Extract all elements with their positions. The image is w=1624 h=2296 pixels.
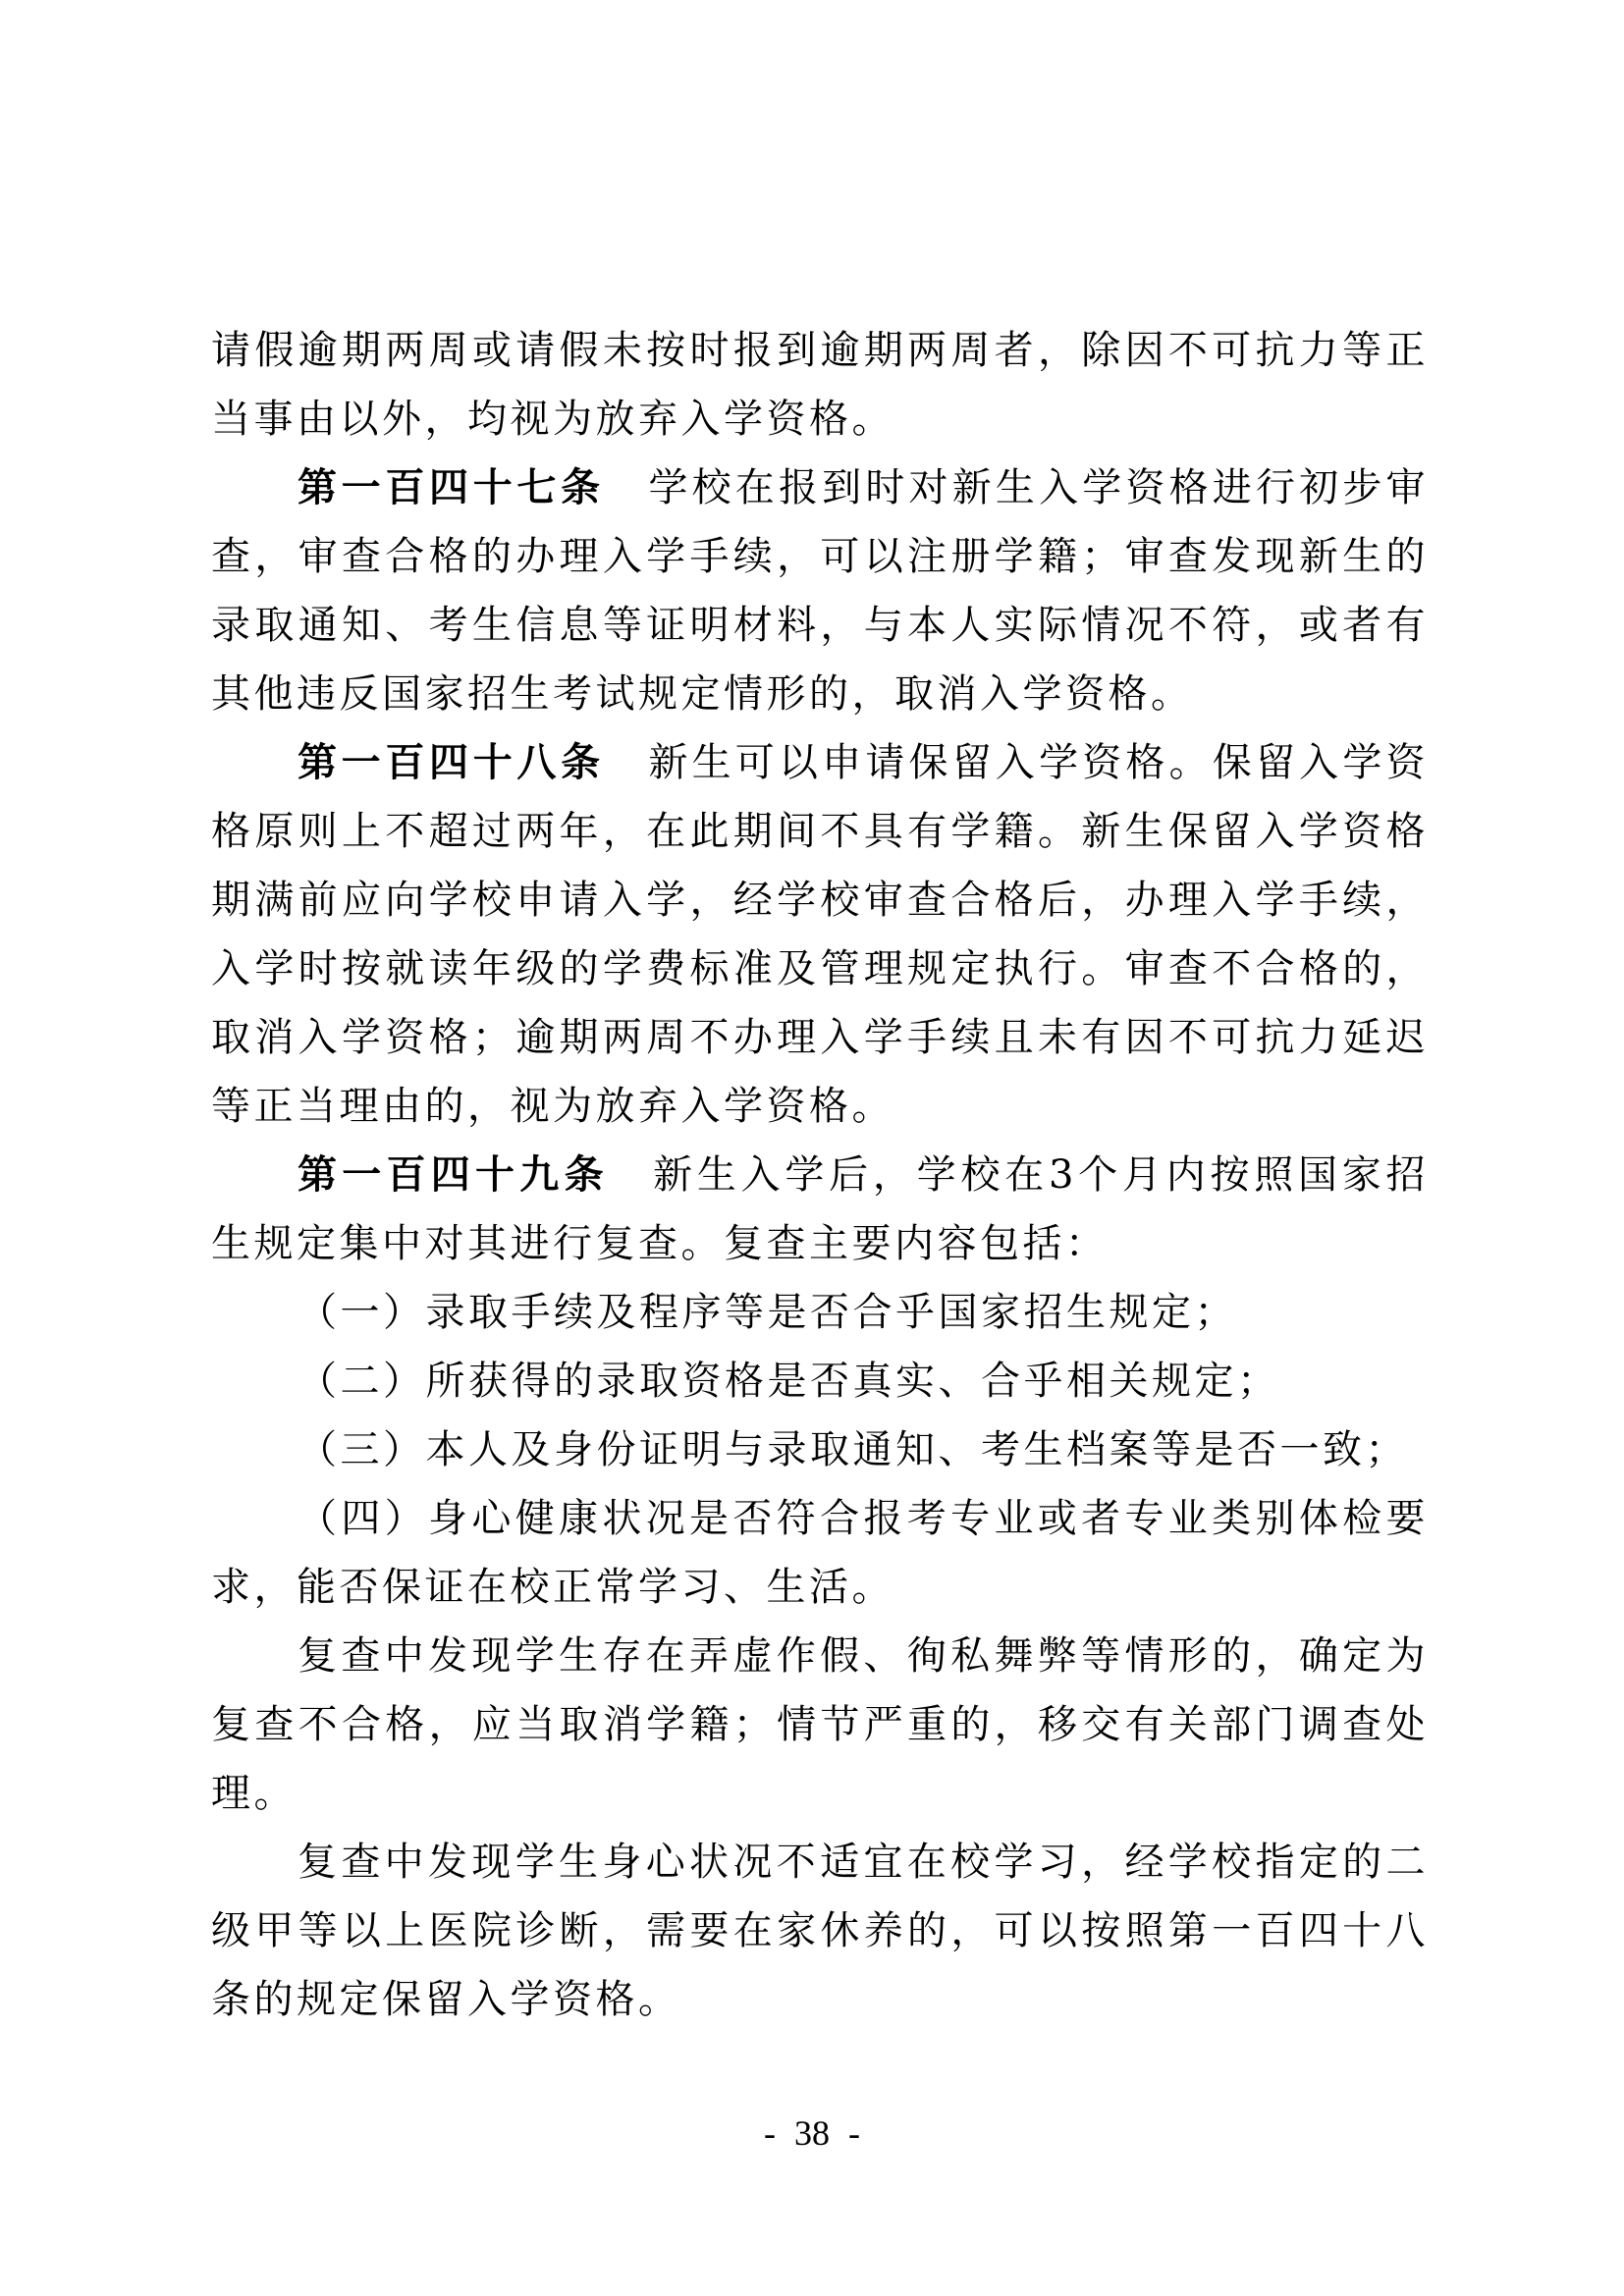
body-paragraph-fraud: 复查中发现学生存在弄虚作假、徇私舞弊等情形的，确定为复查不合格，应当取消学籍；情… (211, 1622, 1429, 1828)
article-149: 第一百四十九条新生入学后，学校在3个月内按照国家招生规定集中对其进行复查。复查主… (211, 1141, 1429, 1278)
list-item-4: （四）身心健康状况是否符合报考专业或者专业类别体检要求，能否保证在校正常学习、生… (211, 1484, 1429, 1622)
article-147: 第一百四十七条学校在报到时对新生入学资格进行初步审查，审查合格的办理入学手续，可… (211, 454, 1429, 728)
list-item-2: （二）所获得的录取资格是否真实、合乎相关规定； (211, 1347, 1429, 1415)
article-number: 第一百四十七条 (298, 465, 605, 510)
paragraph-continuation: 请假逾期两周或请假未按时报到逾期两周者，除因不可抗力等正当事由以外，均视为放弃入… (211, 316, 1429, 454)
page-number: - 38 - (0, 2112, 1624, 2154)
article-number: 第一百四十八条 (298, 740, 605, 785)
document-page-body: 请假逾期两周或请假未按时报到逾期两周者，除因不可抗力等正当事由以外，均视为放弃入… (211, 316, 1429, 2034)
list-item-1: （一）录取手续及程序等是否合乎国家招生规定； (211, 1278, 1429, 1347)
list-item-3: （三）本人及身份证明与录取通知、考生档案等是否一致； (211, 1415, 1429, 1484)
article-text: 新生可以申请保留入学资格。保留入学资格原则上不超过两年，在此期间不具有学籍。新生… (211, 740, 1429, 1129)
article-number: 第一百四十九条 (298, 1152, 609, 1198)
body-paragraph-health: 复查中发现学生身心状况不适宜在校学习，经学校指定的二级甲等以上医院诊断，需要在家… (211, 1828, 1429, 2034)
article-148: 第一百四十八条新生可以申请保留入学资格。保留入学资格原则上不超过两年，在此期间不… (211, 728, 1429, 1141)
